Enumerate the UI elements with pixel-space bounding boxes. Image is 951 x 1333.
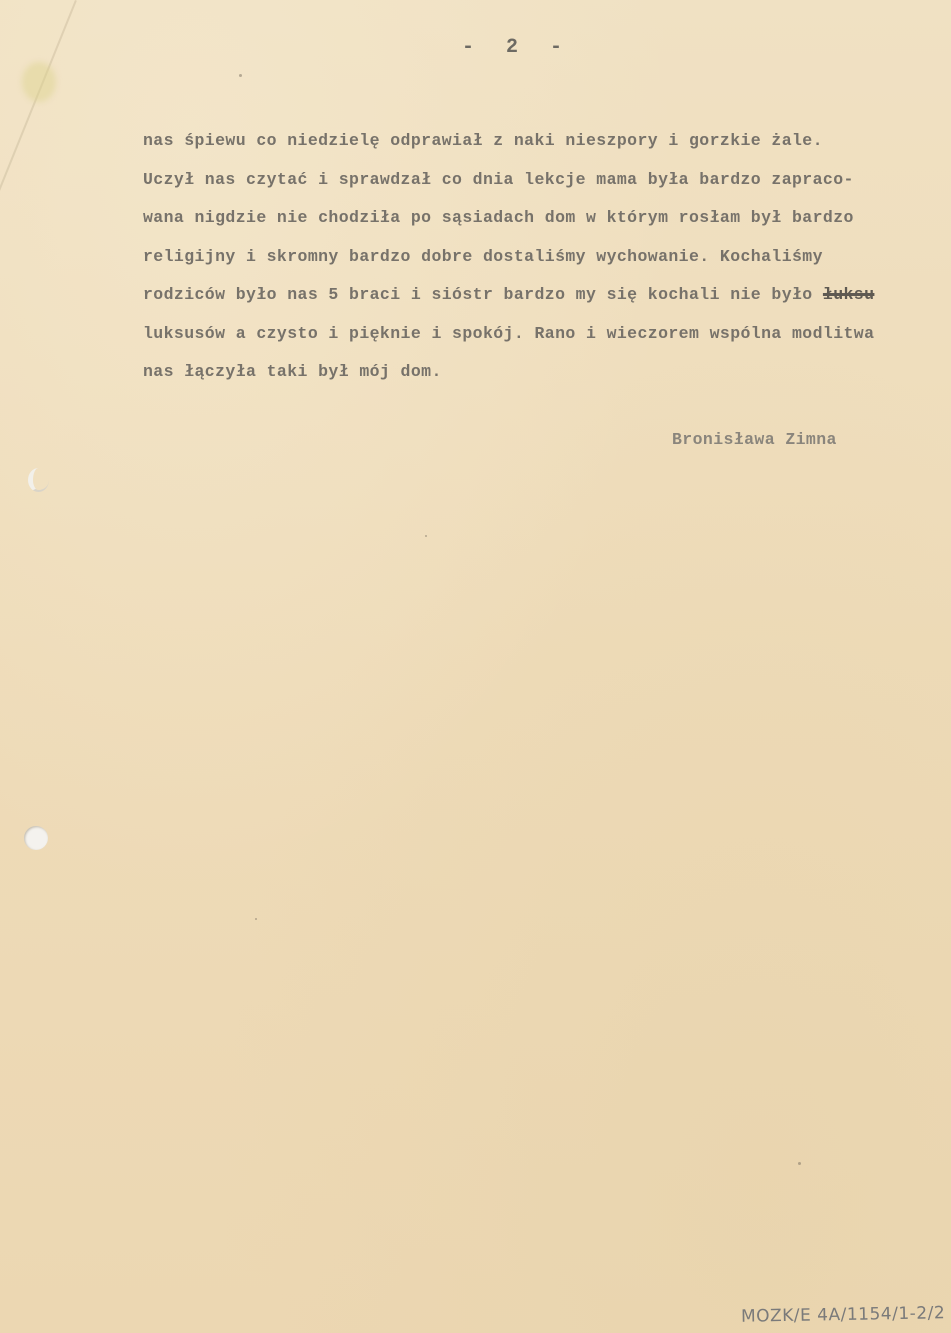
- text-line: Uczył nas czytać i sprawdzał co dnia lek…: [143, 161, 951, 200]
- text-line-content: rodziców było nas 5 braci i sióstr bardz…: [143, 285, 823, 304]
- paper-speck: [239, 74, 242, 77]
- text-line: wana nigdzie nie chodziła po sąsiadach d…: [143, 199, 951, 238]
- text-line: nas łączyła taki był mój dom.: [143, 353, 951, 392]
- archive-reference: MOZK/E 4A/1154/1-2/2: [741, 1303, 946, 1327]
- paper-speck: [798, 1162, 801, 1165]
- punch-hole-partial: [26, 466, 48, 492]
- document-page: - 2 - nas śpiewu co niedzielę odprawiał …: [0, 0, 951, 1333]
- paper-fold-line: [0, 0, 77, 205]
- text-line: religijny i skromny bardzo dobre dostali…: [143, 238, 951, 277]
- text-line: rodziców było nas 5 braci i sióstr bardz…: [143, 276, 951, 315]
- paper-speck: [255, 918, 257, 920]
- text-line: luksusów a czysto i pięknie i spokój. Ra…: [143, 315, 951, 354]
- typewritten-body: nas śpiewu co niedzielę odprawiał z naki…: [143, 122, 951, 392]
- text-line: nas śpiewu co niedzielę odprawiał z naki…: [143, 122, 951, 161]
- page-number: - 2 -: [462, 36, 572, 59]
- signature: Bronisława Zimna: [672, 430, 837, 449]
- paper-speck: [425, 535, 427, 537]
- struck-out-word: łuksu: [823, 285, 875, 304]
- paper-stain: [22, 62, 56, 102]
- punch-hole: [24, 826, 48, 850]
